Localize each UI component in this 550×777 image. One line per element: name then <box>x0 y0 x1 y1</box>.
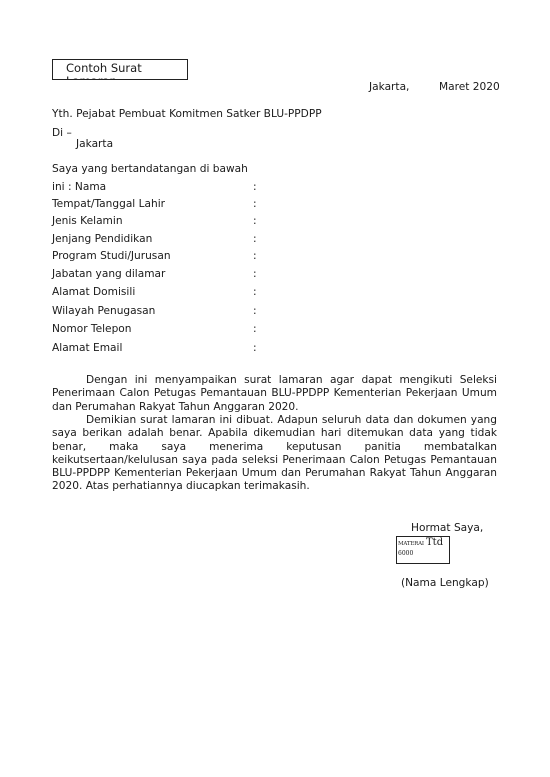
field-label: Jenjang Pendidikan <box>52 233 152 245</box>
paragraph-application: Dengan ini menyampaikan surat lamaran ag… <box>52 374 497 414</box>
field-label: Tempat/Tanggal Lahir <box>52 198 165 210</box>
paragraph-text: Demikian surat lamaran ini dibuat. Adapu… <box>52 414 497 492</box>
field-label: Nomor Telepon <box>52 323 132 335</box>
paragraph-declaration: Demikian surat lamaran ini dibuat. Adapu… <box>52 414 497 494</box>
field-label: ini : Nama <box>52 181 106 193</box>
field-label: Program Studi/Jurusan <box>52 250 171 262</box>
field-label: Jabatan yang dilamar <box>52 268 165 280</box>
document-title: Contoh Surat Lamaran <box>53 60 161 80</box>
field-label: Jenis Kelamin <box>52 215 123 227</box>
field-colon: : <box>253 181 257 193</box>
field-colon: : <box>253 286 257 298</box>
addressee-recipient: Yth. Pejabat Pembuat Komitmen Satker BLU… <box>52 108 322 120</box>
closing-salutation: Hormat Saya, <box>411 522 483 534</box>
field-colon: : <box>253 305 257 317</box>
field-label: Alamat Email <box>52 342 122 354</box>
field-colon: : <box>253 268 257 280</box>
field-colon: : <box>253 342 257 354</box>
signature-text: Ttd <box>426 537 443 548</box>
field-label: Alamat Domisili <box>52 286 135 298</box>
field-colon: : <box>253 323 257 335</box>
field-colon: : <box>253 250 257 262</box>
addressee-prefix: Di – <box>52 127 72 139</box>
signatory-name: (Nama Lengkap) <box>401 577 489 589</box>
field-label: Wilayah Penugasan <box>52 305 155 317</box>
intro-statement: Saya yang bertandatangan di bawah <box>52 163 248 175</box>
document-title-box: Contoh Surat Lamaran <box>52 59 188 80</box>
stamp-value: 6000 <box>398 550 413 557</box>
paragraph-text: Dengan ini menyampaikan surat lamaran ag… <box>52 374 497 413</box>
stamp-label: MATERAI <box>398 541 424 547</box>
addressee-city: Jakarta <box>76 138 113 150</box>
signature-stamp-box: MATERAI Ttd 6000 <box>396 536 450 564</box>
field-colon: : <box>253 198 257 210</box>
field-colon: : <box>253 215 257 227</box>
field-colon: : <box>253 233 257 245</box>
letter-date: Maret 2020 <box>439 81 500 93</box>
letter-city: Jakarta, <box>369 81 409 93</box>
